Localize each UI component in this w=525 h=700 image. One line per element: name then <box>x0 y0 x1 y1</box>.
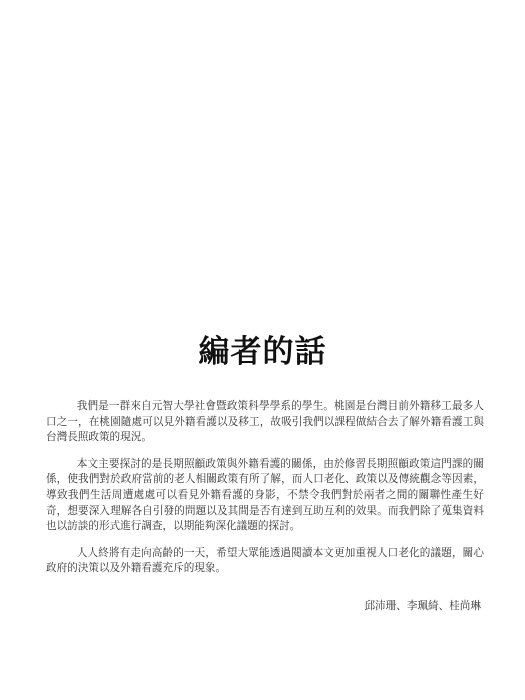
document-body: 我們是一群來自元智大學社會暨政策科學學系的學生。桃園是台灣目前外籍移工最多人口之… <box>46 399 484 588</box>
paragraph-intro: 我們是一群來自元智大學社會暨政策科學學系的學生。桃園是台灣目前外籍移工最多人口之… <box>46 399 484 446</box>
document-page: 編者的話 我們是一群來自元智大學社會暨政策科學學系的學生。桃園是台灣目前外籍移工… <box>0 0 525 700</box>
authors-signature: 邱沛珊、李珮綺、桂尚琳 <box>364 598 481 613</box>
page-title: 編者的話 <box>0 332 525 372</box>
paragraph-closing: 人人終將有走向高齡的一天，希望大眾能透過閱讀本文更加重視人口老化的議題，關心政府… <box>46 546 484 577</box>
paragraph-topic: 本文主要探討的是長期照顧政策與外籍看護的關係，由於修習長期照顧政策這門課的關係，… <box>46 457 484 535</box>
